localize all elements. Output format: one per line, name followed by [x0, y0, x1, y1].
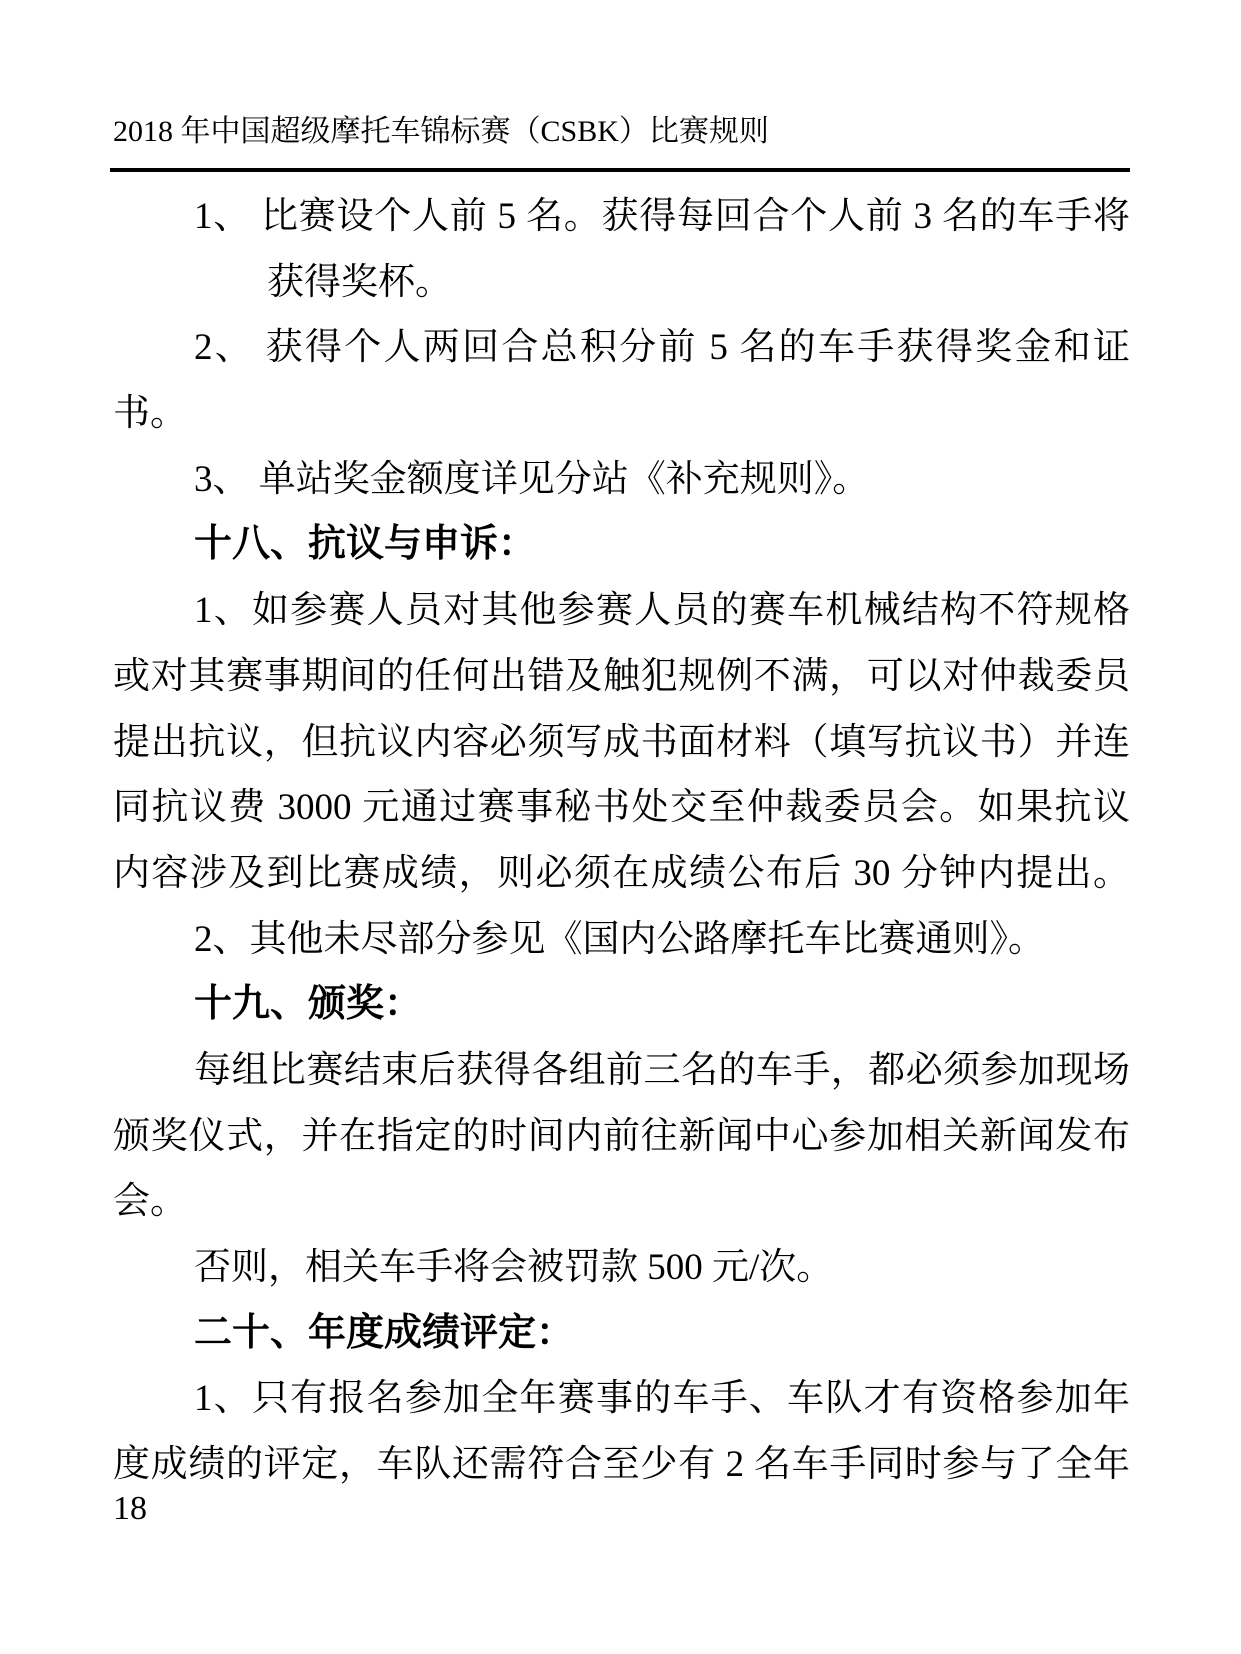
text-line: 同抗议费 3000 元通过赛事秘书处交至仲裁委员会。如果抗议: [113, 775, 1130, 841]
page-number: 18: [113, 1492, 147, 1526]
text-line: 会。: [113, 1169, 1130, 1235]
text-line: 书。: [113, 381, 1130, 447]
section-heading: 十九、颁奖：: [113, 972, 1130, 1038]
text-line: 获得奖杯。: [113, 250, 1130, 316]
section-heading: 十八、抗议与申诉：: [113, 512, 1130, 578]
document-page: 2018 年中国超级摩托车锦标赛（CSBK）比赛规则 1、 比赛设个人前 5 名…: [0, 0, 1241, 1654]
text-line: 度成绩的评定，车队还需符合至少有 2 名车手同时参与了全年: [113, 1432, 1130, 1498]
text-line: 2、 获得个人两回合总积分前 5 名的车手获得奖金和证: [113, 315, 1130, 381]
text-line: 提出抗议，但抗议内容必须写成书面材料（填写抗议书）并连: [113, 710, 1130, 776]
document-header-title: 2018 年中国超级摩托车锦标赛（CSBK）比赛规则: [113, 113, 769, 151]
text-line: 1、如参赛人员对其他参赛人员的赛车机械结构不符规格: [113, 578, 1130, 644]
text-line: 或对其赛事期间的任何出错及触犯规例不满，可以对仲裁委员: [113, 644, 1130, 710]
section-heading: 二十、年度成绩评定：: [113, 1301, 1130, 1367]
document-body: 1、 比赛设个人前 5 名。获得每回合个人前 3 名的车手将 获得奖杯。 2、 …: [113, 184, 1130, 1498]
text-line: 颁奖仪式，并在指定的时间内前往新闻中心参加相关新闻发布: [113, 1104, 1130, 1170]
text-line: 1、只有报名参加全年赛事的车手、车队才有资格参加年: [113, 1366, 1130, 1432]
header-rule: [110, 168, 1130, 172]
text-line: 1、 比赛设个人前 5 名。获得每回合个人前 3 名的车手将: [113, 184, 1130, 250]
text-line: 每组比赛结束后获得各组前三名的车手，都必须参加现场: [113, 1038, 1130, 1104]
text-line: 内容涉及到比赛成绩，则必须在成绩公布后 30 分钟内提出。: [113, 841, 1130, 907]
text-line: 否则，相关车手将会被罚款 500 元/次。: [113, 1235, 1130, 1301]
text-line: 3、 单站奖金额度详见分站《补充规则》。: [113, 447, 1130, 513]
text-line: 2、其他未尽部分参见《国内公路摩托车比赛通则》。: [113, 907, 1130, 973]
